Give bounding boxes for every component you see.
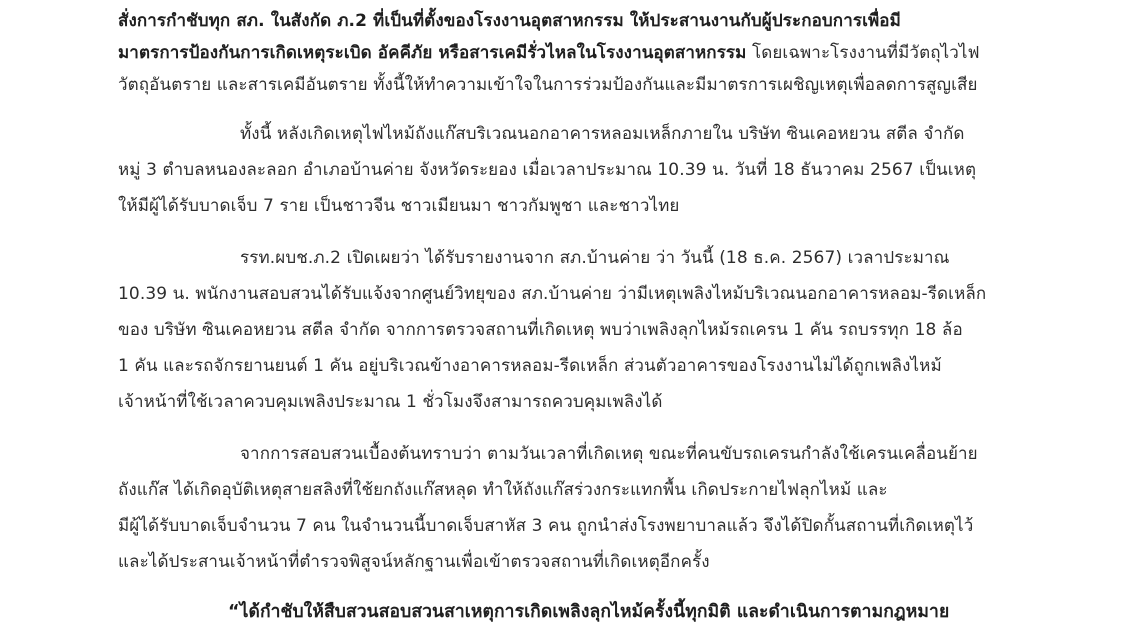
para1-line2-bold: มาตรการป้องกันการเกิดเหตุระเบิด อัคคีภัย… [118,43,746,63]
para2-line1: ทั้งนี้ หลังเกิดเหตุไฟไหม้ถังแก๊สบริเวณน… [240,122,965,146]
para1-line1: สั่งการกำชับทุก สภ. ในสังกัด ภ.2 ที่เป็น… [118,9,901,33]
quote-line1: “ได้กำชับให้สืบสวนสอบสวนสาเหตุการเกิดเพล… [228,600,949,624]
para3-line4: 1 คัน และรถจักรยานยนต์ 1 คัน อยู่บริเวณข… [118,354,942,378]
para3-line1: รรท.ผบช.ภ.2 เปิดเผยว่า ได้รับรายงานจาก ส… [240,246,950,270]
para4-line4: และได้ประสานเจ้าหน้าที่ตำรวจพิสูจน์หลักฐ… [118,550,710,574]
para2-line2: หมู่ 3 ตำบลหนองละลอก อำเภอบ้านค่าย จังหว… [118,158,976,182]
para1-line2-normal: โดยเฉพาะโรงงานที่มีวัตถุไวไฟ [746,43,979,63]
para3-line2: 10.39 น. พนักงานสอบสวนได้รับแจ้งจากศูนย์… [118,282,986,306]
para1-line3: วัตถุอันตราย และสารเคมีอันตราย ทั้งนี้ให… [118,73,978,97]
para3-line5: เจ้าหน้าที่ใช้เวลาควบคุมเพลิงประมาณ 1 ชั… [118,390,662,414]
para3-line3: ของ บริษัท ซินเคอหยวน สตีล จำกัด จากการต… [118,318,963,342]
para4-line3: มีผู้ได้รับบาดเจ็บจำนวน 7 คน ในจำนวนนี้บ… [118,514,973,538]
para1-line2: มาตรการป้องกันการเกิดเหตุระเบิด อัคคีภัย… [118,41,980,65]
para4-line2: ถังแก๊ส ได้เกิดอุบัติเหตุสายสลิงที่ใช้ยก… [118,478,888,502]
para4-line1: จากการสอบสวนเบื้องต้นทราบว่า ตามวันเวลาท… [240,442,978,466]
para2-line3: ให้มีผู้ได้รับบาดเจ็บ 7 ราย เป็นชาวจีน ช… [118,194,680,218]
